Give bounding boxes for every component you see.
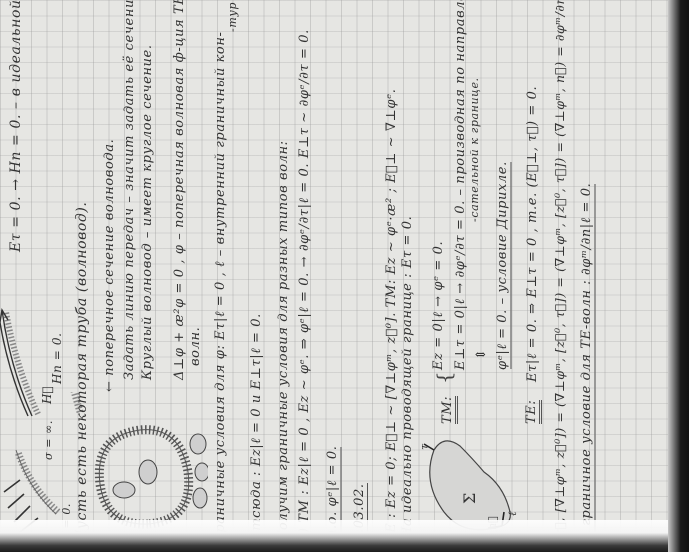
boundary-continuation: -тур <box>226 2 239 32</box>
ideal-boundary-line: На идеально проводящей границе : Eτ = 0. <box>400 216 415 538</box>
te-heading: TE: <box>524 400 542 424</box>
equivalence-arrow: ⇕ <box>474 349 489 361</box>
scan-right-shadow <box>668 0 689 552</box>
round-waveguide-note: Круглый волновод – имеет круглое сечение… <box>140 44 155 380</box>
tm-system-line-2: E⊥τ = 0|ℓ → ∂φᵉ/∂τ = 0. – производная по… <box>452 0 468 370</box>
waveguide-cross-section-icon <box>88 404 208 534</box>
sigma-label: Σ <box>460 492 479 504</box>
brace: { <box>432 371 456 384</box>
cross-section-note: ← поперечное сечение волновода. <box>102 139 117 392</box>
top-equation: Eτ = 0. → Hn = 0. – в идеальной линии <box>8 0 24 252</box>
te-derivation-line: (τ⃗, [∇⊥φᵐ, z⃗⁰]) = (∇⊥φᵐ, [z⃗⁰, τ⃗]) = … <box>552 0 567 542</box>
tm-heading: TM: <box>440 396 458 424</box>
tm-system-line-3: -сательной к границе. <box>468 77 481 222</box>
scan-bottom-shadow <box>0 520 689 552</box>
tau-label: τ <box>418 443 431 450</box>
tm-system-line-1: Ez = 0|ℓ → φᵉ = 0. <box>430 241 446 370</box>
h-field-arrow-icon <box>0 302 50 422</box>
te-case-line: Eτ|ℓ = 0. ⇒ E⊥τ = 0 , т.е. (E⃗⊥, τ⃗) = 0… <box>524 86 540 382</box>
get-conditions-line: Получим граничные условия для разных тип… <box>276 140 291 542</box>
rotated-notes: E⃗ σ = ∞. Eτ = 0. H⃗ Hn = 0. Eτ = 0. → H… <box>0 0 689 552</box>
set-shape-note: Задать линию передач – значит задать её … <box>122 0 137 380</box>
sigma-infinity-label: σ = ∞. <box>42 420 55 460</box>
hn-zero-label: Hn = 0. <box>50 332 64 384</box>
h-vector-label: H⃗ <box>40 386 54 404</box>
hence-line: Отсюда : Ez|ℓ = 0 и E⊥τ|ℓ = 0. <box>248 313 264 542</box>
te-definition: TE : Ez = 0; E⃗⊥ ~ [∇⊥φᵐ, z⃗⁰]. TM: Ez ~… <box>384 89 399 542</box>
l-label: ℓ <box>506 511 519 516</box>
helmholtz-equation: Δ⊥φ + æ²φ = 0 , φ – поперечная волновая … <box>172 0 187 380</box>
boundary-intro: Граничные условия для φ: Eτ|ℓ = 0 , ℓ – … <box>212 31 228 542</box>
helmholtz-continuation: волн. <box>188 327 203 366</box>
tm-case-line: 1) TM : Ez|ℓ = 0 , Ez ~ φᵉ. ⇒ φᵉ|ℓ = 0. … <box>296 29 312 542</box>
dirichlet-condition: φᵉ|ℓ = 0. – условие Дирихле. <box>494 161 510 370</box>
te-result-line: ⇒ граничное условие для TE-волн : ∂φᵐ/∂n… <box>578 183 594 542</box>
